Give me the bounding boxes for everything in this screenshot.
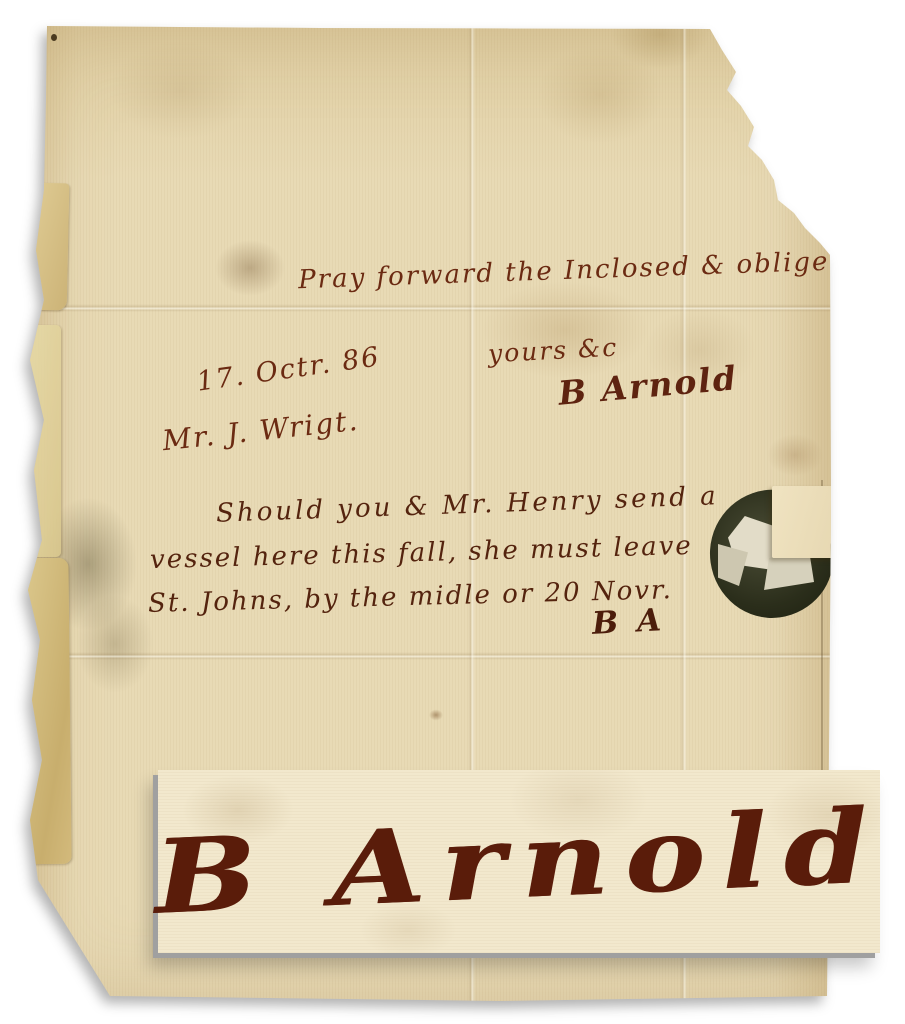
fold-crease-horizontal-2 [20, 652, 832, 660]
signature-inset: B Arnold [158, 770, 880, 953]
corner-speck [51, 34, 57, 41]
docket-line: Pray forward the Inclosed & oblige [298, 247, 830, 296]
fold-crease-horizontal-1 [20, 304, 832, 312]
date-line: 17. Octr. 86 [195, 341, 383, 397]
closing-line: yours &c [487, 333, 619, 369]
addressee-line: Mr. J. Wrigt. [161, 404, 361, 457]
paper-flap [772, 486, 856, 558]
letter-photograph: Pray forward the Inclosed & oblige yours… [0, 0, 905, 1024]
tape-strip-bottom [18, 558, 71, 865]
signature-line: B Arnold [557, 358, 740, 413]
body-line-2: vessel here this fall, she must leave [150, 531, 693, 575]
initials-line: B A [591, 602, 666, 642]
tape-strip-middle [26, 325, 61, 557]
tape-strip-top [21, 183, 70, 311]
inset-signature: B Arnold [89, 752, 905, 972]
wax-seal [710, 490, 832, 618]
